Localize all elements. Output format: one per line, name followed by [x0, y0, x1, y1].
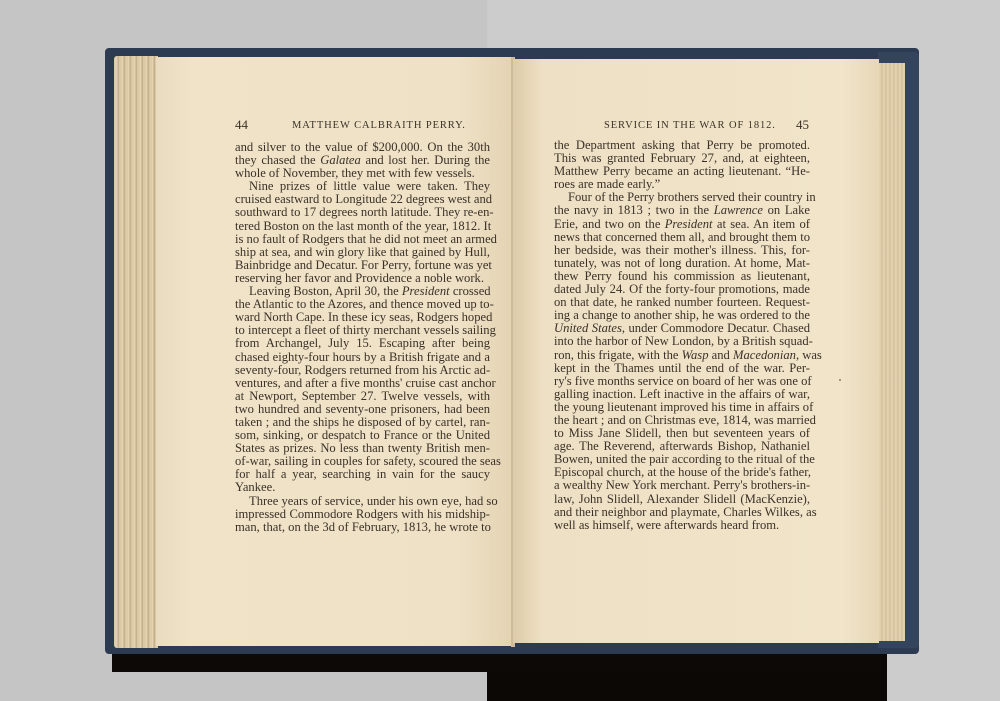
text-line: man, that, on the 3d of February, 1813, … — [235, 521, 490, 534]
text-line: ventures, and after a five months' cruis… — [235, 377, 490, 390]
left-page-body: and silver to the value of $200,000. On … — [235, 141, 490, 534]
text-line: at Newport, September 27. Twelve vessels… — [235, 390, 490, 403]
page-edges-left — [114, 56, 158, 648]
running-head-left: MATTHEW CALBRAITH PERRY. — [292, 120, 466, 131]
text-line: a wealthy New York merchant. Perry's bro… — [554, 479, 810, 492]
text-line: news that concerned them all, and brough… — [554, 231, 810, 244]
text-line: kept in the Thames until the end of the … — [554, 362, 810, 375]
page-edges-right — [876, 63, 905, 641]
text-line: seventy-four, Rodgers returned from his … — [235, 364, 490, 377]
text-line: ry's five months service on board of her… — [554, 375, 810, 388]
page-number-right: 45 — [796, 117, 809, 133]
text-line: ron, this frigate, with the Wasp and Mac… — [554, 349, 810, 362]
text-line: tered Boston on the last month of the ye… — [235, 220, 490, 233]
text-line: Bainbridge and Decatur. For Perry, fortu… — [235, 259, 490, 272]
text-line: galling inaction. Left inactive in the a… — [554, 388, 810, 401]
text-line: law, John Slidell, Alexander Slidell (Ma… — [554, 493, 810, 506]
right-page-body: the Department asking that Perry be prom… — [554, 139, 810, 532]
left-page: 44 MATTHEW CALBRAITH PERRY. and silver t… — [156, 57, 513, 646]
text-line: tunately, was not of long duration. At h… — [554, 257, 810, 270]
text-line: Yankee. — [235, 481, 490, 494]
right-page: SERVICE IN THE WAR OF 1812. 45 the Depar… — [513, 59, 879, 643]
text-line: Erie, and two on the President at sea. A… — [554, 218, 810, 231]
paper-speck — [839, 379, 841, 381]
text-line: impressed Commodore Rodgers with his mid… — [235, 508, 490, 521]
text-line: her bedside, was their mother's illness.… — [554, 244, 810, 257]
running-head-right: SERVICE IN THE WAR OF 1812. — [604, 120, 776, 131]
text-line: and their neighbor and playmate, Charles… — [554, 506, 810, 519]
text-line: ship at sea, and win glory like that gai… — [235, 246, 490, 259]
text-line: the young lieutenant improved his time i… — [554, 401, 810, 414]
text-line: chased eighty-four hours by a British fr… — [235, 351, 490, 364]
text-line: well as himself, were afterwards heard f… — [554, 519, 810, 532]
text-line: Three years of service, under his own ey… — [235, 495, 490, 508]
text-line: southward to 17 degrees north latitude. … — [235, 206, 490, 219]
text-line: two hundred and seventy-one prisoners, h… — [235, 403, 490, 416]
page-number-left: 44 — [235, 117, 248, 133]
text-line: is no fault of Rodgers that he did not m… — [235, 233, 490, 246]
text-line: from Archangel, July 15. Escaping after … — [235, 337, 490, 350]
